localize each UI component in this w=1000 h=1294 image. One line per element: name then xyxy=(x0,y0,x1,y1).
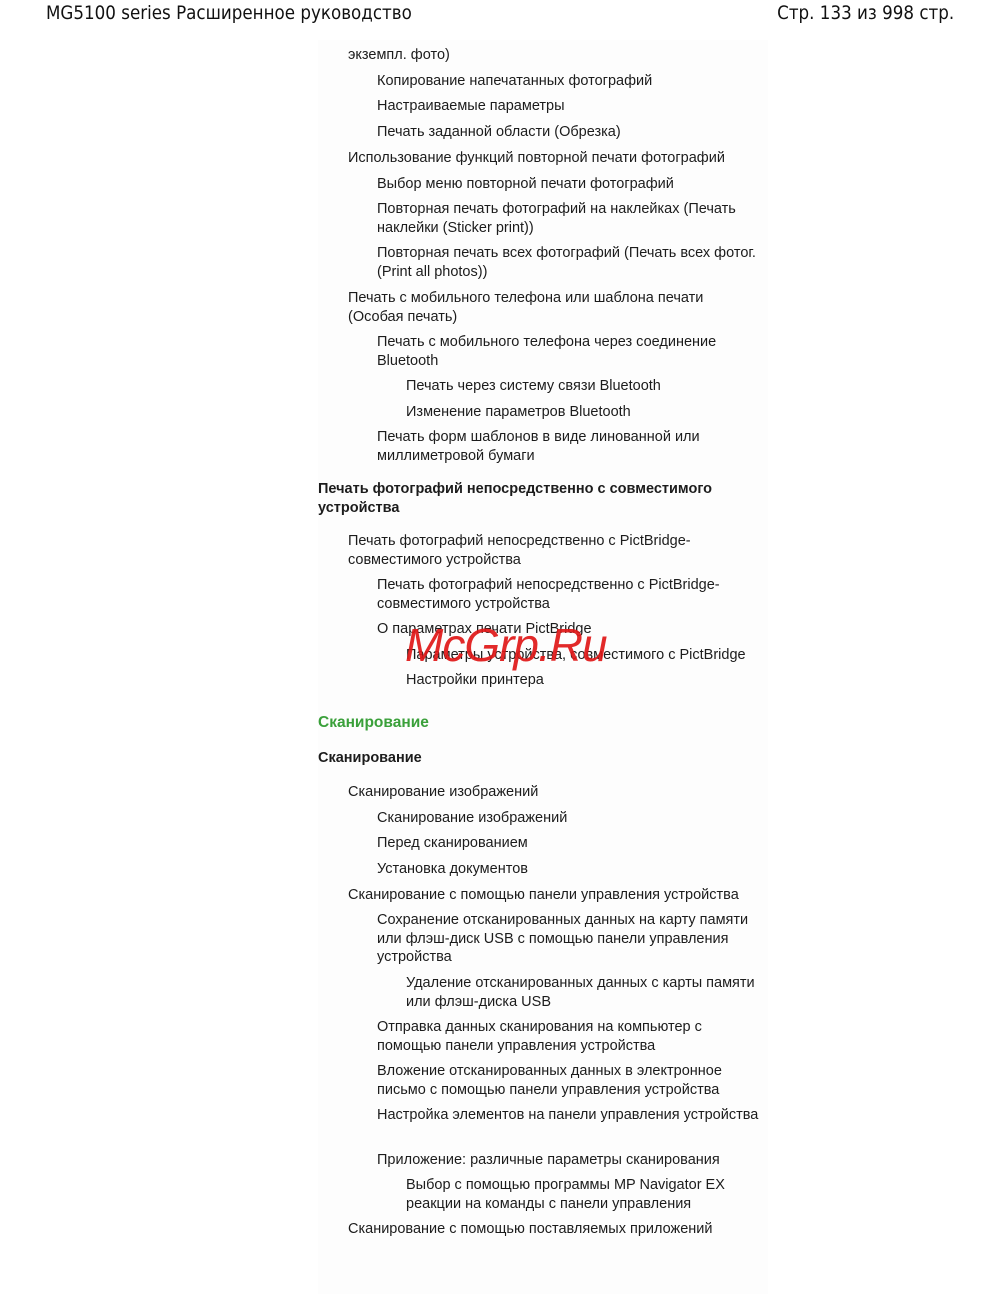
toc-link[interactable]: Повторная печать всех фотографий (Печать… xyxy=(377,244,762,281)
toc-link[interactable]: экземпл. фото) xyxy=(348,46,758,65)
toc-link[interactable]: Печать фотографий непосредственно с Pict… xyxy=(377,576,762,613)
toc-link[interactable]: Сканирование с помощью панели управления… xyxy=(348,886,758,905)
toc-link[interactable]: Печать с мобильного телефона через соеди… xyxy=(377,333,762,370)
toc-link[interactable]: Настройки принтера xyxy=(406,671,766,690)
toc-link[interactable]: Печать через систему связи Bluetooth xyxy=(406,377,766,396)
toc-link[interactable]: Печать фотографий непосредственно с Pict… xyxy=(348,532,758,569)
toc-link[interactable]: Настраиваемые параметры xyxy=(377,97,762,116)
toc-link[interactable]: Печать заданной области (Обрезка) xyxy=(377,123,762,142)
toc-link[interactable]: Печать форм шаблонов в виде линованной и… xyxy=(377,428,762,465)
toc-link[interactable]: Выбор меню повторной печати фотографий xyxy=(377,175,762,194)
toc-link[interactable]: Сканирование с помощью поставляемых прил… xyxy=(348,1220,758,1239)
document-title: MG5100 series Расширенное руководство xyxy=(46,2,412,24)
toc-link[interactable]: Сохранение отсканированных данных на кар… xyxy=(377,911,762,967)
toc-link[interactable]: Установка документов xyxy=(377,860,762,879)
toc-link[interactable]: Копирование напечатанных фотографий xyxy=(377,72,762,91)
toc-link[interactable]: Сканирование изображений xyxy=(377,809,762,828)
toc-link[interactable]: Отправка данных сканирования на компьюте… xyxy=(377,1018,762,1055)
toc-link[interactable]: Выбор с помощью программы MP Navigator E… xyxy=(406,1176,766,1213)
toc-link[interactable]: Приложение: различные параметры сканиров… xyxy=(377,1151,762,1170)
toc-link[interactable]: Печать с мобильного телефона или шаблона… xyxy=(348,289,758,326)
toc-link[interactable]: Перед сканированием xyxy=(377,834,762,853)
toc-link[interactable]: Настройка элементов на панели управления… xyxy=(377,1106,762,1125)
toc-link[interactable]: Вложение отсканированных данных в электр… xyxy=(377,1062,762,1099)
section-heading[interactable]: Сканирование xyxy=(318,714,738,733)
toc-link[interactable]: Использование функций повторной печати ф… xyxy=(348,149,758,168)
toc-chapter-heading[interactable]: Сканирование xyxy=(318,749,738,768)
watermark: McGrp.Ru xyxy=(405,618,607,672)
toc-link[interactable]: Повторная печать фотографий на наклейках… xyxy=(377,200,762,237)
page-indicator: Стр. 133 из 998 стр. xyxy=(777,2,954,24)
toc-link[interactable]: Изменение параметров Bluetooth xyxy=(406,403,766,422)
toc-link[interactable]: Удаление отсканированных данных с карты … xyxy=(406,974,766,1011)
toc-chapter-heading[interactable]: Печать фотографий непосредственно с совм… xyxy=(318,480,738,517)
toc-link[interactable]: Сканирование изображений xyxy=(348,783,758,802)
